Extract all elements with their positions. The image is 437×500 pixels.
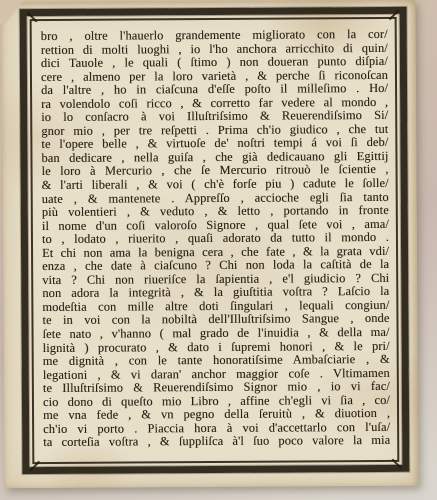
frame-miter-bottom-left — [30, 461, 41, 472]
photo-backdrop: bro , oltre l'hauerlo grandemente miglio… — [0, 0, 437, 500]
frame-miter-bottom-right — [392, 459, 403, 470]
printed-border-frame: bro , oltre l'hauerlo grandemente miglio… — [20, 7, 410, 474]
text-line: ta corteſia voſtra , & ſuppliſca à'l ſuo… — [43, 434, 390, 450]
printed-inner-rule: bro , oltre l'hauerlo grandemente miglio… — [30, 17, 400, 464]
book-page: bro , oltre l'hauerlo grandemente miglio… — [2, 0, 419, 488]
text-block: bro , oltre l'hauerlo grandemente miglio… — [32, 19, 398, 462]
